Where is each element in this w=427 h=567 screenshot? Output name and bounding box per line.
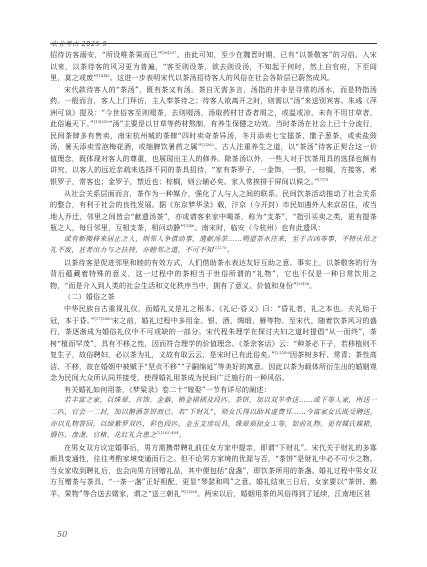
journal-title: 农业考古 2025·5 [51, 40, 107, 48]
block-quote: 若丰富之家，以珠翠、首饰、金器、销金裙褶及段匹、茶饼，加以双羊牵送……或下等人家… [50, 395, 377, 441]
citation-reference: [3]46 [184, 224, 194, 228]
text-run: 。南宋时，临安（今杭州）也有此遗风： [194, 223, 324, 232]
running-header: 农业考古 2025·5 [51, 31, 377, 50]
citation-reference: [2]304 [184, 490, 197, 494]
block-quote: 或有新搬移来居止之人，则邻人争借动事，遗献汤茶……朔望茶水往来，至于吉凶等事，不… [50, 234, 377, 257]
text-run: 。 [179, 431, 186, 439]
citation-reference: [19]310 [94, 120, 109, 124]
text-run: 。 [309, 281, 316, 290]
citation-reference: [20]38 [297, 282, 310, 286]
body-paragraph: 在男女双方议定婚事后，男方需携带聘礼前往女方家中提亲，即谓“下财礼”。宋代关于财… [50, 442, 377, 500]
citation-reference: [2]270 [213, 246, 226, 250]
section-heading: （二）婚俗之茶 [50, 291, 377, 303]
text-run: 以茶待客是促进邻里和睦的有效方式，人们借助茶水表达友好互助之意。事实上，以茶敬客… [50, 258, 377, 290]
page-number: 50 [57, 530, 67, 539]
text-run: 有关婚礼如何用茶，《梦粱录》卷二十“嫁娶”一节有详尽的阐述： [64, 385, 271, 394]
body-paragraph: 宋代款待客人的“茶汤”，既有茶又有汤。茶自无需多言，汤指的并非是寻常的汤水，而是… [50, 84, 377, 188]
text-run: 招待访客溺安，“所设唯茶果而已” [50, 50, 161, 59]
citation-reference: [16]207 [161, 51, 176, 55]
text-run: 。两宋以后，婚姻用茶的风俗得到了延续，江南地区甚 [197, 489, 371, 498]
text-run: 。这进一步表明宋代以茶汤招待客人的风俗在社会各阶层已蔚然成风。 [110, 73, 335, 82]
text-run: 若丰富之家，以珠翠、首饰、金器、销金裙褶及段匹、茶饼，加以双羊牵送……或下等人家… [50, 396, 377, 439]
body-paragraph: 招待访客溺安，“所设唯茶果而已”[16]207。由此可知，至少在魏晋时期，已有“… [50, 49, 377, 84]
body-paragraph: 以茶待客是促进邻里和睦的有效方式，人们借助茶水表达友好互助之意。事实上，以茶敬客… [50, 257, 377, 292]
body-paragraph: 中华民族自古重视礼仪，而婚礼又是礼之根本。《礼记·昏义》曰：“昏礼者，礼之本也。… [50, 303, 377, 384]
body-paragraph: 从社会关系层面而言，茶作为一种媒介，强化了人与人之间的联系。民间饮茶活动推动了社… [50, 188, 377, 234]
citation-reference: [18]43 [97, 74, 110, 78]
header-rule [50, 43, 377, 44]
citation-reference: [2]303-404 [156, 431, 179, 435]
citation-reference: [2]262 [202, 143, 215, 147]
text-run: （二）婚俗之茶 [64, 292, 115, 301]
text-run: 或有新搬移来居止之人，则邻人争借动事，遗献汤茶……朔望茶水往来，至于吉凶等事，不… [50, 235, 377, 255]
citation-reference: [17]2680 [94, 317, 111, 321]
body-paragraph: 有关婚礼如何用茶，《梦粱录》卷二十“嫁娶”一节有详尽的阐述： [50, 384, 377, 396]
citation-reference: [21]300 [275, 351, 290, 355]
article-body: 招待访客溺安，“所设唯茶果而已”[16]207。由此可知，至少在魏晋时期，已有“… [50, 49, 377, 499]
text-run: 。 [227, 246, 234, 254]
citation-reference: [7]79 [318, 178, 328, 182]
